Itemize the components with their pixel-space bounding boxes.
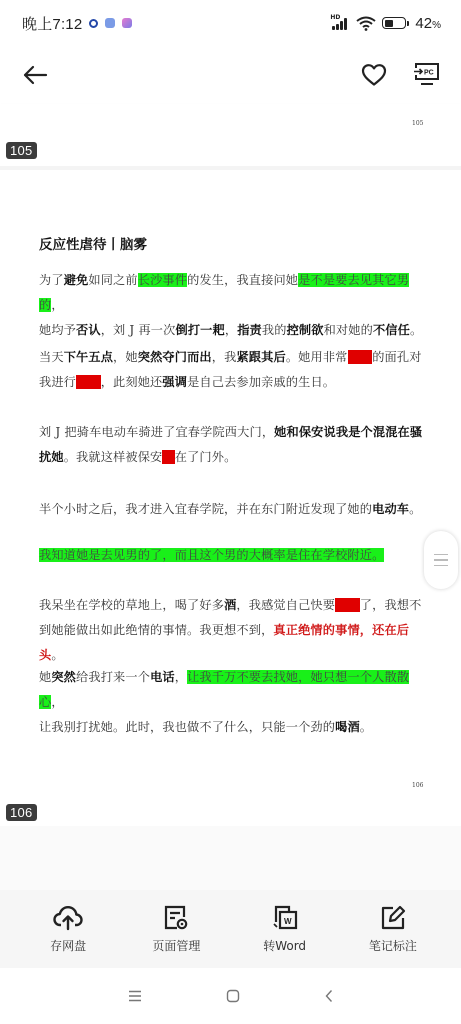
home-button[interactable] (226, 989, 240, 1003)
app-bar: PC (0, 46, 461, 104)
text-run: 的发生，我直接问她 (187, 273, 298, 287)
menu-line (434, 565, 448, 567)
status-right: HD 42% (330, 15, 441, 32)
bold-text: 指责 (237, 323, 262, 337)
text-run: ， (175, 670, 187, 684)
svg-text:PC: PC (424, 70, 434, 77)
text-run: 当天 (39, 350, 64, 364)
signal-hd-label: HD (330, 14, 340, 21)
text-run: 。 (410, 323, 422, 337)
paragraph: 当天下午五点，她突然夺门而出，我紧跟其后。她用非常狰狞的面孔对我进行辱骂，此刻她… (39, 345, 429, 395)
tool-label: 笔记标注 (369, 937, 417, 954)
circle-notification-icon (89, 19, 98, 28)
text-run: ，我 (212, 350, 237, 364)
text-run: 给我打来一个 (76, 670, 150, 684)
text-run: 。她用非常 (286, 350, 348, 364)
text-run: 如同之前 (88, 273, 137, 287)
red-redaction: 崩溃 (335, 598, 360, 612)
text-run: 了，我想不 (360, 598, 422, 612)
paragraph: 我知道她是去见男的了，而且这个男的大概率是住在学校附近。 (39, 543, 429, 568)
save-to-cloud-button[interactable]: 存网盘 (23, 905, 113, 954)
convert-to-word-button[interactable]: W 转Word (240, 904, 330, 954)
tool-label: 存网盘 (50, 937, 86, 954)
text-run: 。 (360, 720, 372, 734)
note-annotation-button[interactable]: 笔记标注 (348, 905, 438, 954)
bold-text: 强调 (162, 375, 187, 389)
side-menu-handle[interactable] (424, 531, 458, 589)
bold-text: 避免 (64, 273, 89, 287)
tool-label: 页面管理 (152, 937, 200, 954)
bold-text: 扰她 (39, 450, 64, 464)
app-bar-actions: PC (361, 62, 441, 88)
svg-text:W: W (284, 917, 292, 926)
text-run: ，我感觉自己快要 (236, 598, 335, 612)
bold-text: 喝酒 (335, 720, 360, 734)
text-run: ， (51, 695, 63, 709)
status-left: 晚上7:12 (22, 13, 132, 34)
page-gap (0, 826, 461, 890)
text-run: 刘 J 把骑车电动车骑进了宜春学院西大门， (39, 425, 274, 439)
bold-text: 否认 (76, 323, 101, 337)
bold-text: 下午五点 (64, 350, 113, 364)
text-run: 。我就这样被保安 (64, 450, 163, 464)
favorite-button[interactable] (361, 63, 387, 87)
status-bar: 晚上7:12 HD 42% (0, 0, 461, 46)
page-management-button[interactable]: 页面管理 (131, 905, 221, 954)
tool-label: 转Word (263, 937, 306, 954)
system-navbar (0, 968, 461, 1024)
paragraph: 刘 J 把骑车电动车骑进了宜春学院西大门，她和保安说我是个混混在骚扰她。我就这样… (39, 420, 429, 470)
text-run: 让我别打扰她。此时，我也做不了什么，只能一个劲的 (39, 720, 335, 734)
text-run: 和对她的 (324, 323, 373, 337)
bold-text: 突然夺门而出 (138, 350, 212, 364)
bold-text: 倒打一耙 (175, 323, 224, 337)
paragraph: 她突然给我打来一个电话，让我千万不要去找她，她只想一个人散散心，让我别打扰她。此… (39, 665, 429, 740)
text-run: ， (225, 323, 237, 337)
status-time: 晚上7:12 (22, 13, 82, 34)
edit-note-icon (380, 905, 406, 931)
purple-app-icon (122, 18, 132, 28)
text-run: 的面孔对 (372, 350, 421, 364)
text-run: ，此刻她还 (101, 375, 163, 389)
text-run: 是自己去参加亲戚的生日。 (187, 375, 335, 389)
home-square-icon (226, 989, 240, 1003)
page-badge: 105 (6, 142, 37, 159)
cloud-upload-icon (53, 905, 83, 931)
recents-button[interactable] (128, 990, 142, 1002)
bold-text: 控制欲 (287, 323, 324, 337)
send-to-pc-button[interactable]: PC (413, 62, 441, 88)
text-run: 她 (39, 670, 51, 684)
text-run: 她均予 (39, 323, 76, 337)
text-run: ，她 (113, 350, 138, 364)
menu-icon (128, 990, 142, 1002)
text-run: 。 (51, 648, 63, 662)
bold-text: 她和保安说我是个混混在骚 (274, 425, 422, 439)
text-run: 我进行 (39, 375, 76, 389)
blue-app-icon (105, 18, 115, 28)
green-highlight: 长沙事件 (138, 273, 187, 287)
paragraph: 半个小时之后，我才进入宜春学院，并在东门附近发现了她的电动车。 (39, 497, 429, 522)
text-run: 半个小时之后，我才进入宜春学院，并在东门附近发现了她的 (39, 502, 372, 516)
menu-line (434, 559, 448, 561)
text-run: 我的 (262, 323, 287, 337)
menu-line (434, 554, 448, 556)
back-button[interactable] (22, 64, 48, 86)
battery-icon (382, 17, 409, 29)
document-title: 反应性虐待丨脑雾 (39, 233, 147, 253)
bold-text: 不信任 (373, 323, 410, 337)
heart-icon (361, 63, 387, 87)
battery-percent: 42% (415, 15, 441, 32)
page-106: 反应性虐待丨脑雾 为了避免如同之前长沙事件的发生，我直接问她是不是要去见其它男的… (0, 170, 461, 826)
bold-text: 紧跟其后 (236, 350, 285, 364)
page-105-tail: 105 105 (0, 104, 461, 166)
signal-icon: HD (330, 16, 350, 30)
red-redaction: 辱骂 (76, 375, 101, 389)
wifi-icon (356, 16, 376, 31)
text-run: 到她能做出如此绝情的事情。我更想不到， (39, 623, 273, 637)
back-nav-button[interactable] (324, 989, 334, 1003)
bold-text: 酒 (224, 598, 236, 612)
red-redaction: 拦 (162, 450, 174, 464)
bottom-toolbar: 存网盘 页面管理 W 转Word 笔记标注 (0, 890, 461, 968)
back-chevron-icon (324, 989, 334, 1003)
red-redaction: 狰狞 (348, 350, 373, 364)
text-run: ，刘 J 再一次 (101, 323, 176, 337)
page-badge: 106 (6, 804, 37, 821)
bold-text: 电动车 (372, 502, 409, 516)
green-highlight: 我知道她是去见男的了，而且这个男的大概率是住在学校附近。 (39, 548, 384, 562)
word-convert-icon: W (271, 904, 299, 931)
text-run: 在了门外。 (175, 450, 237, 464)
text-run: ， (51, 298, 63, 312)
page-footer-number: 105 (412, 120, 423, 127)
bold-text: 电话 (150, 670, 175, 684)
text-run: 。 (409, 502, 421, 516)
page-footer-number: 106 (412, 782, 423, 789)
bold-text: 突然 (51, 670, 76, 684)
page-settings-icon (163, 905, 189, 931)
send-to-pc-icon: PC (413, 62, 441, 88)
arrow-left-icon (22, 64, 48, 86)
text-run: 为了 (39, 273, 64, 287)
paragraph: 我呆坐在学校的草地上，喝了好多酒，我感觉自己快要崩溃了，我想不到她能做出如此绝情… (39, 593, 429, 668)
text-run: 我呆坐在学校的草地上，喝了好多 (39, 598, 224, 612)
paragraph: 为了避免如同之前长沙事件的发生，我直接问她是不是要去见其它男的，她均予否认，刘 … (39, 268, 429, 343)
